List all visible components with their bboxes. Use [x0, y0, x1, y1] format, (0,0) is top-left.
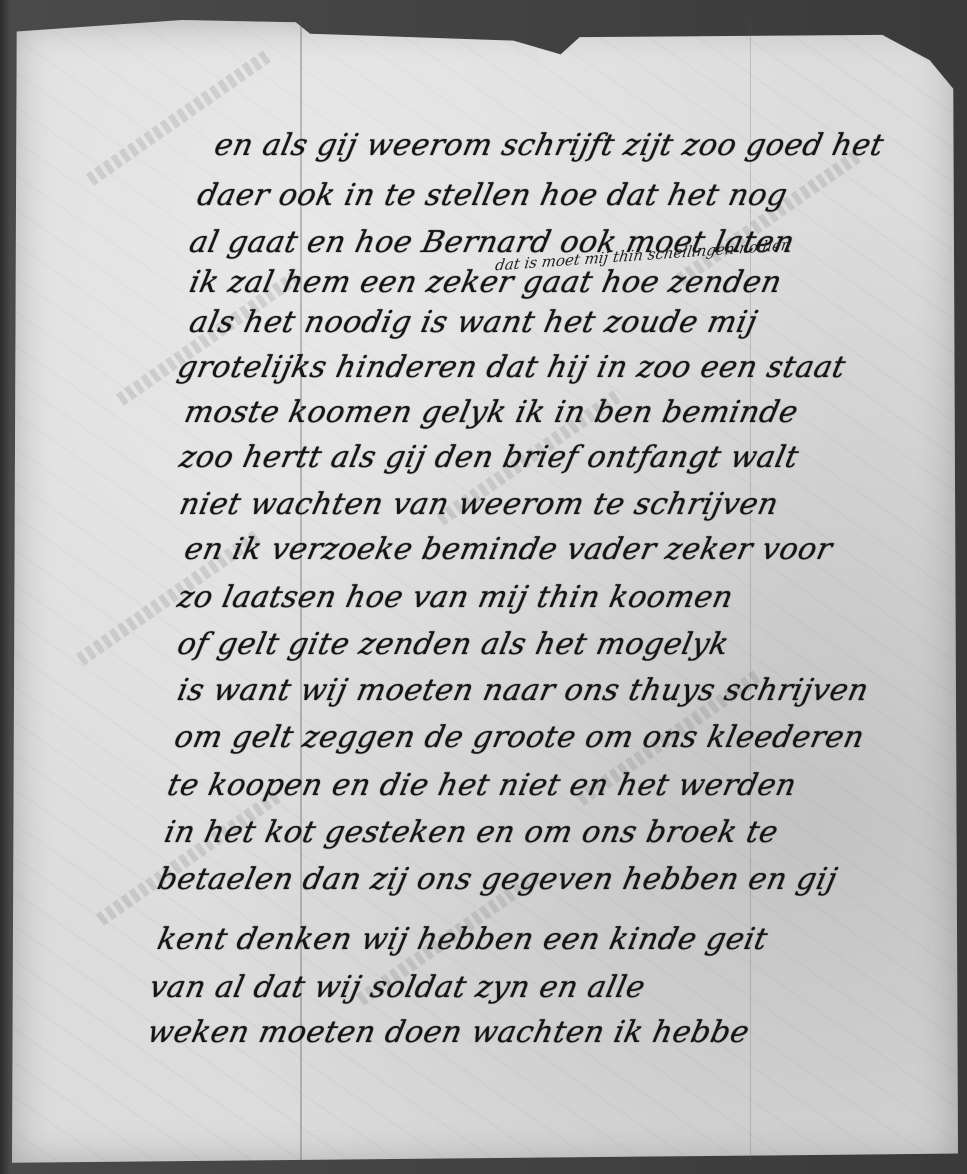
letter-line: ik zal hem een zeker gaat hoe zenden [186, 265, 785, 300]
letter-line: kent denken wij hebben een kinde geit [154, 922, 771, 957]
letter-line: om gelt zeggen de groote om ons kleedere… [171, 720, 867, 755]
letter-line: te koopen en die het niet en het werden [164, 768, 799, 803]
letter-line: zoo hertt als gij den brief ontfangt wal… [176, 440, 802, 475]
letter-line: niet wachten van weerom te schrijven [176, 487, 781, 522]
letter-line: grotelijks hinderen dat hij in zoo een s… [174, 350, 849, 385]
letter-line: zo laatsen hoe van mij thin koomen [174, 580, 736, 615]
letter-line: weken moeten doen wachten ik hebbe [144, 1015, 752, 1050]
letter-line: betaelen dan zij ons gegeven hebben en g… [154, 862, 840, 897]
letter-line: daer ook in te stellen hoe dat het nog [194, 178, 790, 213]
letter-line: en ik verzoeke beminde vader zeker voor [181, 532, 835, 567]
letter-line: en als gij weerom schrijft zijt zoo goed… [211, 128, 887, 163]
letter-line: in het kot gesteken en om ons broek te [161, 815, 781, 850]
letter-body: en als gij weerom schrijft zijt zoo goed… [0, 0, 967, 1174]
letter-line: is want wij moeten naar ons thuys schrij… [174, 673, 872, 708]
letter-line: of gelt gite zenden als het mogelyk [174, 627, 732, 662]
letter-line: van al dat wij soldat zyn en alle [146, 970, 648, 1005]
letter-line: als het noodig is want het zoude mij [186, 305, 760, 340]
letter-line: moste koomen gelyk ik in ben beminde [181, 395, 801, 430]
